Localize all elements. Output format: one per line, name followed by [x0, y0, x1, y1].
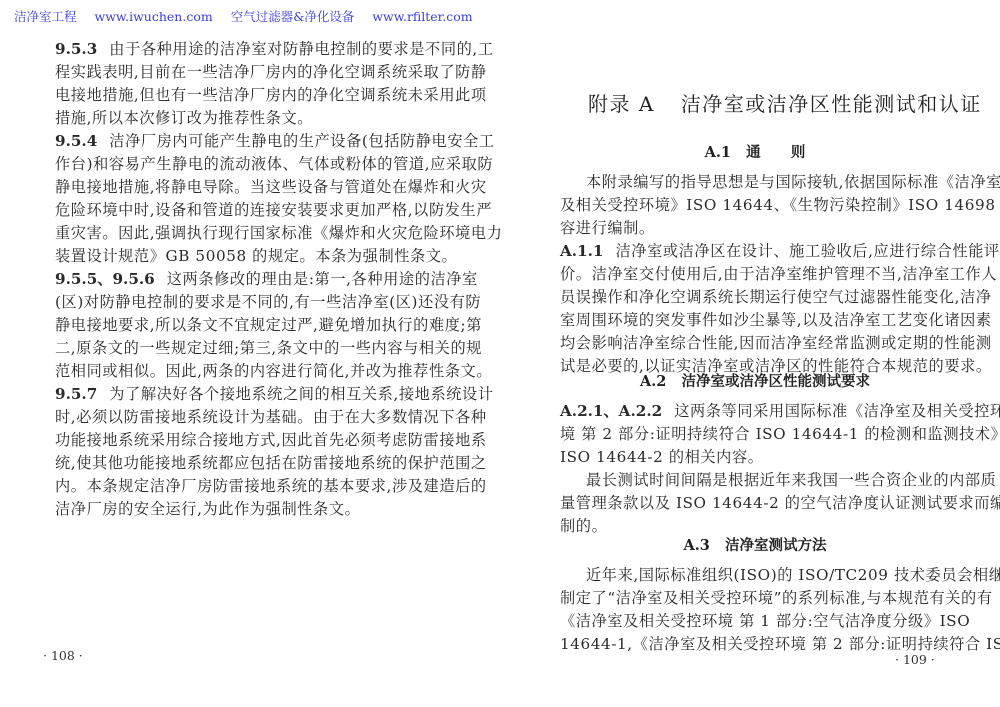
paragraph-line: 境 第 2 部分:证明持续符合 ISO 14644-1 的检测和监测技术》	[560, 423, 950, 446]
paragraph-line: 均会影响洁净室综合性能,因而洁净室经常监测或定期的性能测	[560, 332, 950, 355]
paragraph-line: 功能接地系统采用综合接地方式,因此首先必须考虑防雷接地系	[55, 429, 450, 452]
clause-number: A.1.1	[560, 242, 604, 260]
paragraph-line: 二,原条文的一些规定过细;第三,条文中的一些内容与相关的规	[55, 337, 450, 360]
paragraph-line: 范相同或相似。因此,两条的内容进行简化,并改为推荐性条文。	[55, 360, 492, 383]
paragraph-line: A.2.1、A.2.2这两条等同采用国际标准《洁净室及相关受控环	[560, 400, 950, 423]
paragraph-line: 本附录编写的指导思想是与国际接轨,依据国际标准《洁净室	[586, 171, 950, 194]
paragraph-line: 静电接地要求,所以条文不宜规定过严,避免增加执行的难度;第	[55, 314, 450, 337]
watermark-header: 洁净室工程www.iwuchen.com空气过滤器&净化设备www.rfilte…	[14, 7, 491, 25]
site1-url[interactable]: www.iwuchen.com	[95, 9, 213, 24]
paragraph-line: 最长测试时间间隔是根据近年来我国一些合资企业的内部质	[586, 469, 950, 492]
paragraph-line: 员误操作和净化空调系统长期运行使空气过滤器性能变化,洁净	[560, 286, 950, 309]
paragraph-line: 量管理条款以及 ISO 14644-2 的空气洁净度认证测试要求而编	[560, 492, 950, 515]
appendix-label: 附录 A	[588, 92, 655, 116]
paragraph-line: 装置设计规范》GB 50058 的规定。本条为强制性条文。	[55, 245, 457, 268]
paragraph-line: 14644-1,《洁净室及相关受控环境 第 2 部分:证明持续符合 ISO	[560, 633, 950, 656]
clause-number: 9.5.7	[55, 385, 97, 403]
paragraph-line: 程实践表明,目前在一些洁净厂房内的净化空调系统采取了防静	[55, 61, 450, 84]
paragraph-line: A.1.1洁净室或洁净区在设计、施工验收后,应进行综合性能评	[560, 240, 950, 263]
paragraph-line: 制定了“洁净室及相关受控环境”的系列标准,与本规范有关的有	[560, 587, 950, 610]
section-heading-a2: A.2 洁净室或洁净区性能测试要求	[560, 370, 950, 391]
clause-number: 9.5.5、9.5.6	[55, 270, 155, 288]
paragraph-line: (区)对防静电控制的要求是不同的,有一些洁净室(区)还没有防	[55, 291, 450, 314]
page-number: · 109 ·	[895, 652, 935, 667]
paragraph-line: 作台)和容易产生静电的流动液体、气体或粉体的管道,应采取防	[55, 153, 450, 176]
site1-name: 洁净室工程	[14, 9, 77, 24]
clause-number: 9.5.4	[55, 132, 97, 150]
paragraph-line: ISO 14644-2 的相关内容。	[560, 446, 764, 469]
paragraph-line: 时,必须以防雷接地系统设计为基础。由于在大多数情况下各种	[55, 406, 450, 429]
paragraph-line: 9.5.3由于各种用途的洁净室对防静电控制的要求是不同的,工	[55, 38, 450, 61]
paragraph-line: 危险环境中时,设备和管道的连接安装要求更加严格,以防发生严	[55, 199, 450, 222]
paragraph-line: 电接地措施,但也有一些洁净厂房内的净化空调系统未采用此项	[55, 84, 450, 107]
paragraph-line: 9.5.4洁净厂房内可能产生静电的生产设备(包括防静电安全工	[55, 130, 450, 153]
section-heading-a1: A.1 通 则	[560, 141, 950, 162]
site2-url[interactable]: www.rfilter.com	[372, 9, 472, 24]
paragraph-line: 室周围环境的突发事件如沙尘暴等,以及洁净室工艺变化诸因素	[560, 309, 950, 332]
paragraph-line: 内。本条规定洁净厂房防雷接地系统的基本要求,涉及建造后的	[55, 475, 450, 498]
clause-number: 9.5.3	[55, 40, 97, 58]
section-heading-a3: A.3 洁净室测试方法	[560, 534, 950, 555]
paragraph-line: 静电接地措施,将静电导除。当这些设备与管道处在爆炸和火灾	[55, 176, 450, 199]
paragraph-line: 统,使其他功能接地系统都应包括在防雷接地系统的保护范围之	[55, 452, 450, 475]
clause-number: A.2.1、A.2.2	[560, 402, 662, 420]
paragraph-line: 重灾害。因此,强调执行现行国家标准《爆炸和火灾危险环境电力	[55, 222, 450, 245]
paragraph-line: 容进行编制。	[560, 217, 655, 240]
page-number: · 108 ·	[43, 648, 83, 663]
paragraph-line: 及相关受控环境》ISO 14644、《生物污染控制》ISO 14698 等的内	[560, 194, 950, 217]
paragraph-line: 《洁净室及相关受控环境 第 1 部分:空气洁净度分级》ISO	[560, 610, 950, 633]
paragraph-line: 价。洁净室交付使用后,由于洁净室维护管理不当,洁净室工作人	[560, 263, 950, 286]
paragraph-line: 9.5.5、9.5.6这两条修改的理由是:第一,各种用途的洁净室	[55, 268, 450, 291]
paragraph-line: 洁净厂房的安全运行,为此作为强制性条文。	[55, 498, 360, 521]
site2-name: 空气过滤器&净化设备	[231, 9, 355, 24]
paragraph-line: 措施,所以本次修订改为推荐性条文。	[55, 107, 313, 130]
paragraph-line: 9.5.7为了解决好各个接地系统之间的相互关系,接地系统设计	[55, 383, 450, 406]
paragraph-line: 近年来,国际标准组织(ISO)的 ISO/TC209 技术委员会相继	[586, 564, 950, 587]
appendix-title-text: 洁净室或洁净区性能测试和认证	[681, 92, 982, 116]
appendix-title: 附录 A洁净室或洁净区性能测试和认证	[588, 88, 982, 117]
